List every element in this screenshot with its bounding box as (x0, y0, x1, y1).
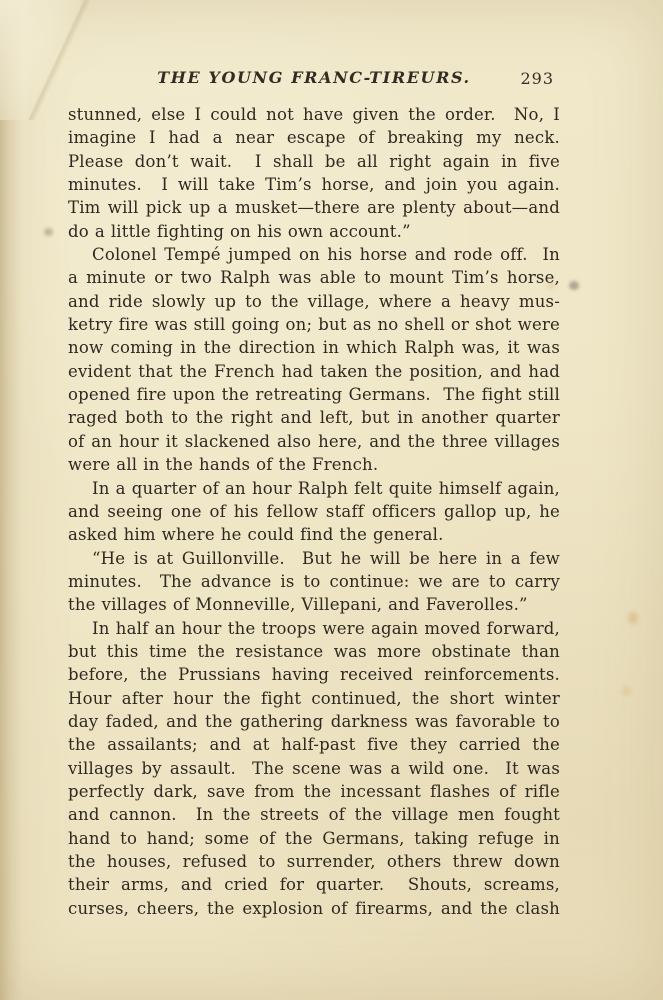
paper-speck (622, 686, 631, 696)
text-line: curses, cheers, the explosion of firearm… (68, 897, 560, 920)
text-line: stunned, else I could not have given the… (68, 103, 560, 126)
paper-speck (569, 281, 579, 290)
text-line: now coming in the direction in which Ral… (68, 336, 560, 359)
text-line: opened fire upon the retreating Germans.… (68, 383, 560, 406)
text-line: minutes. I will take Tim’s horse, and jo… (68, 173, 560, 196)
text-line: evident that the French had taken the po… (68, 360, 560, 383)
text-line: day faded, and the gathering darkness wa… (68, 710, 560, 733)
text-line: the houses, refused to surrender, others… (68, 850, 560, 873)
text-line: were all in the hands of the French. (68, 453, 560, 476)
text-line: and cannon. In the streets of the villag… (68, 803, 560, 826)
page-corner-fold (0, 0, 92, 120)
text-line: Please don’t wait. I shall be all right … (68, 150, 560, 173)
book-page: THE YOUNG FRANC-TIREURS. 293 stunned, el… (0, 0, 663, 1000)
text-line: but this time the resistance was more ob… (68, 640, 560, 663)
text-line: In half an hour the troops were again mo… (68, 617, 560, 640)
paper-speck (44, 228, 53, 236)
text-line: raged both to the right and left, but in… (68, 406, 560, 429)
text-line: their arms, and cried for quarter. Shout… (68, 873, 560, 896)
paper-speck (628, 612, 638, 624)
text-line: do a little fighting on his own account.… (68, 220, 560, 243)
text-block: stunned, else I could not have given the… (68, 103, 560, 920)
text-line: a minute or two Ralph was able to mount … (68, 266, 560, 289)
text-line: hand to hand; some of the Germans, takin… (68, 827, 560, 850)
text-line: minutes. The advance is to continue: we … (68, 570, 560, 593)
running-header: THE YOUNG FRANC-TIREURS. 293 (68, 68, 560, 92)
text-line: Colonel Tempé jumped on his horse and ro… (68, 243, 560, 266)
text-line: asked him where he could find the genera… (68, 523, 560, 546)
text-line: Tim will pick up a musket—there are plen… (68, 196, 560, 219)
text-line: the assailants; and at half-past five th… (68, 733, 560, 756)
text-line: ketry fire was still going on; but as no… (68, 313, 560, 336)
text-line: “He is at Guillonville. But he will be h… (68, 547, 560, 570)
text-line: perfectly dark, save from the incessant … (68, 780, 560, 803)
text-line: In a quarter of an hour Ralph felt quite… (68, 477, 560, 500)
text-line: imagine I had a near escape of breaking … (68, 126, 560, 149)
text-line: Hour after hour the fight continued, the… (68, 687, 560, 710)
text-line: villages by assault. The scene was a wil… (68, 757, 560, 780)
text-line: of an hour it slackened also here, and t… (68, 430, 560, 453)
text-line: and seeing one of his fellow staff offic… (68, 500, 560, 523)
page-number: 293 (520, 69, 554, 88)
text-line: the villages of Monneville, Villepani, a… (68, 593, 560, 616)
text-line: and ride slowly up to the village, where… (68, 290, 560, 313)
running-header-title: THE YOUNG FRANC-TIREURS. (68, 68, 560, 87)
text-line: before, the Prussians having received re… (68, 663, 560, 686)
